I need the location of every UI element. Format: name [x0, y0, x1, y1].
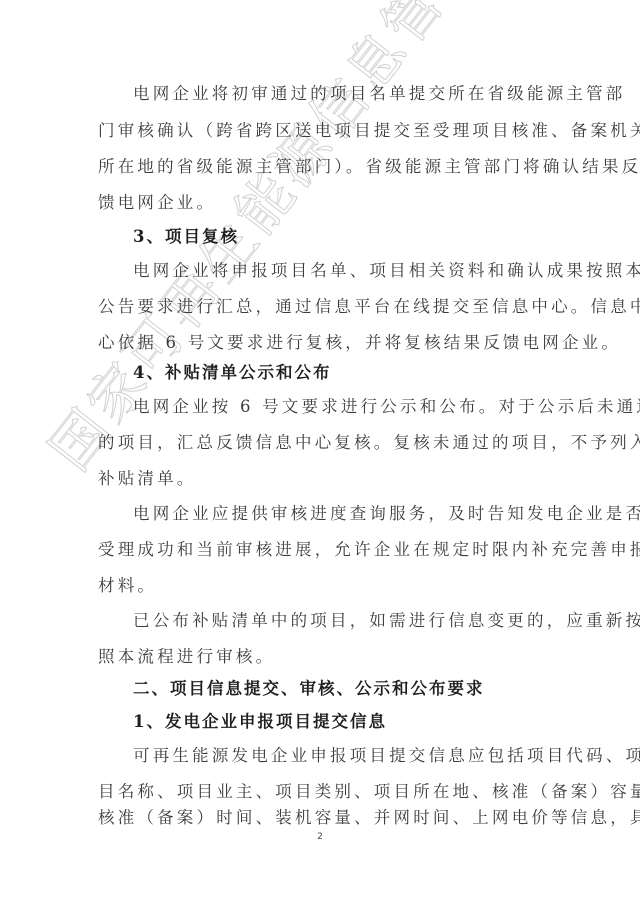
section-heading-review: 3、项目复核 [133, 227, 548, 247]
section-heading-publish: 4、补贴清单公示和公布 [133, 363, 548, 383]
paragraph-line: 电网企业应提供审核进度查询服务，及时告知发电企业是否 [133, 504, 548, 524]
paragraph-line: 所在地的省级能源主管部门）。省级能源主管部门将确认结果反 [98, 157, 548, 177]
paragraph-line: 心依据 6 号文要求进行复核，并将复核结果反馈电网企业。 [98, 333, 548, 353]
paragraph-line: 目名称、项目业主、项目类别、项目所在地、核准（备案）容量、 [98, 782, 548, 802]
paragraph-line: 材料。 [98, 576, 548, 596]
section-heading-submit: 1、发电企业申报项目提交信息 [133, 712, 548, 732]
paragraph-line: 电网企业将申报项目名单、项目相关资料和确认成果按照本 [133, 261, 548, 281]
paragraph-line: 电网企业将初审通过的项目名单提交所在省级能源主管部 [133, 84, 548, 104]
chapter-heading: 二、项目信息提交、审核、公示和公布要求 [133, 679, 548, 699]
paragraph-line: 受理成功和当前审核进展，允许企业在规定时限内补充完善申报 [98, 540, 548, 560]
paragraph-line: 补贴清单。 [98, 469, 548, 489]
paragraph-line: 公告要求进行汇总，通过信息平台在线提交至信息中心。信息中 [98, 297, 548, 317]
document-page: 国家可再生能源信息管理中心 电网企业将初审通过的项目名单提交所在省级能源主管部 … [0, 0, 640, 906]
paragraph-line: 门审核确认（跨省跨区送电项目提交至受理项目核准、备案机关 [98, 121, 548, 141]
paragraph-line: 核准（备案）时间、装机容量、并网时间、上网电价等信息，具 [98, 808, 548, 828]
paragraph-line: 的项目，汇总反馈信息中心复核。复核未通过的项目，不予列入 [98, 433, 548, 453]
paragraph-line: 已公布补贴清单中的项目，如需进行信息变更的，应重新按 [133, 611, 548, 631]
paragraph-line: 馈电网企业。 [98, 193, 548, 213]
paragraph-line: 可再生能源发电企业申报项目提交信息应包括项目代码、项 [133, 746, 548, 766]
page-number: 2 [0, 832, 640, 842]
paragraph-line: 电网企业按 6 号文要求进行公示和公布。对于公示后未通过 [133, 397, 548, 417]
paragraph-line: 照本流程进行审核。 [98, 647, 548, 667]
